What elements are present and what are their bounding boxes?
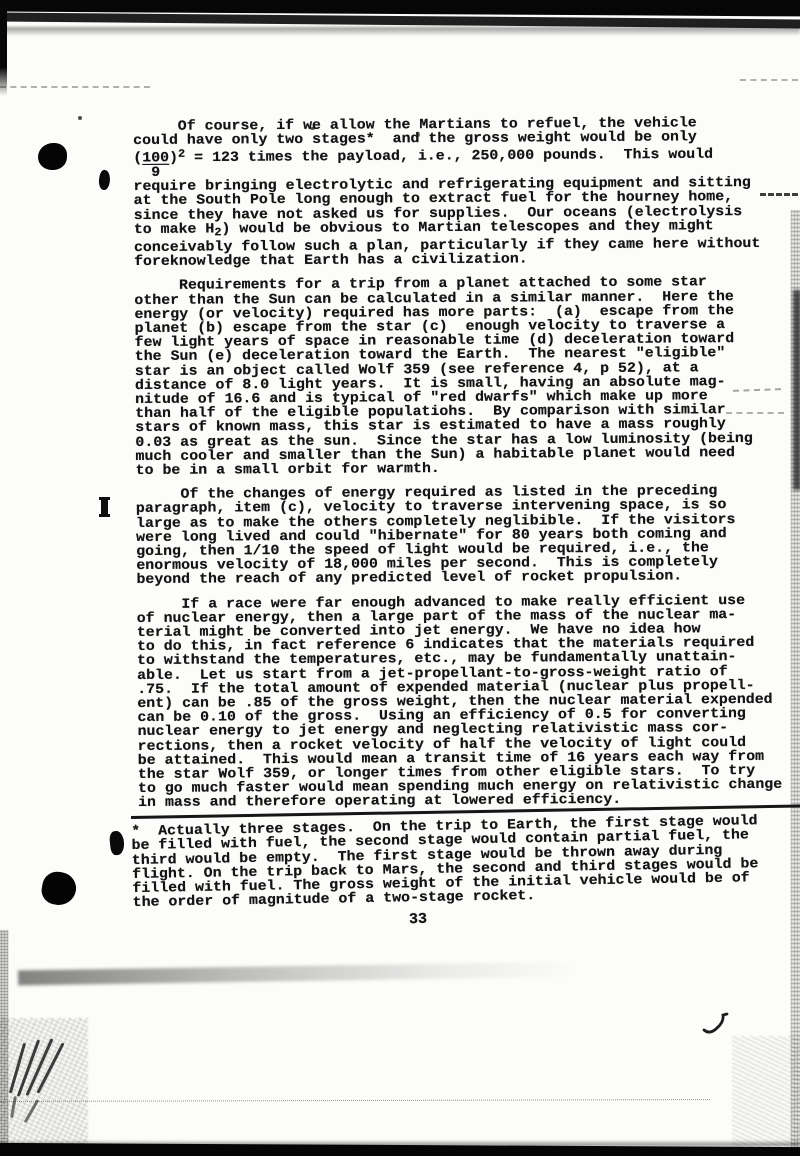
paragraph-trip-requirements: Requirements for a trip from a planet at… [134, 275, 800, 478]
document-body: Of course, if we allow the Martians to r… [133, 116, 800, 821]
scan-scratch-left [0, 86, 150, 88]
paragraph-nuclear-energy: If a race were far enough advanced to ma… [137, 593, 800, 811]
exponent: 2 [178, 149, 185, 161]
scanned-document-page: Of course, if we allow the Martians to r… [0, 0, 800, 1156]
scan-edge-left-top [0, 0, 7, 96]
paragraph-text: ) [169, 151, 178, 167]
scan-noise-top [0, 27, 800, 36]
footnote-text: * Actually three stages. On the trip to … [131, 813, 800, 910]
ink-blob-footnote-margin [109, 830, 125, 855]
hole-punch-mark-bottom [39, 869, 78, 907]
paragraph-energy-changes: Of the changes of energy required as lis… [136, 484, 800, 588]
scan-scratch-right-top [740, 79, 798, 81]
smudge-band-below-pagenumber [18, 962, 578, 986]
margin-tick-mark [101, 498, 108, 516]
hole-punch-mark-top [38, 143, 67, 170]
scan-speckle-bottom-right [732, 1036, 800, 1156]
scan-speckle-bottom-left [0, 1018, 88, 1156]
paragraph-martian-refuel: Of course, if we allow the Martians to r… [133, 116, 800, 270]
paragraph-text: ) would be obvious to Martian telescopes… [134, 218, 760, 270]
pen-hook-mark [700, 1012, 730, 1043]
footnote-block: * Actually three stages. On the trip to … [131, 804, 800, 910]
ink-speck [78, 116, 82, 120]
scan-crease-line [0, 1099, 710, 1102]
page-number: 33 [409, 911, 428, 929]
ink-blob-small [98, 169, 112, 190]
